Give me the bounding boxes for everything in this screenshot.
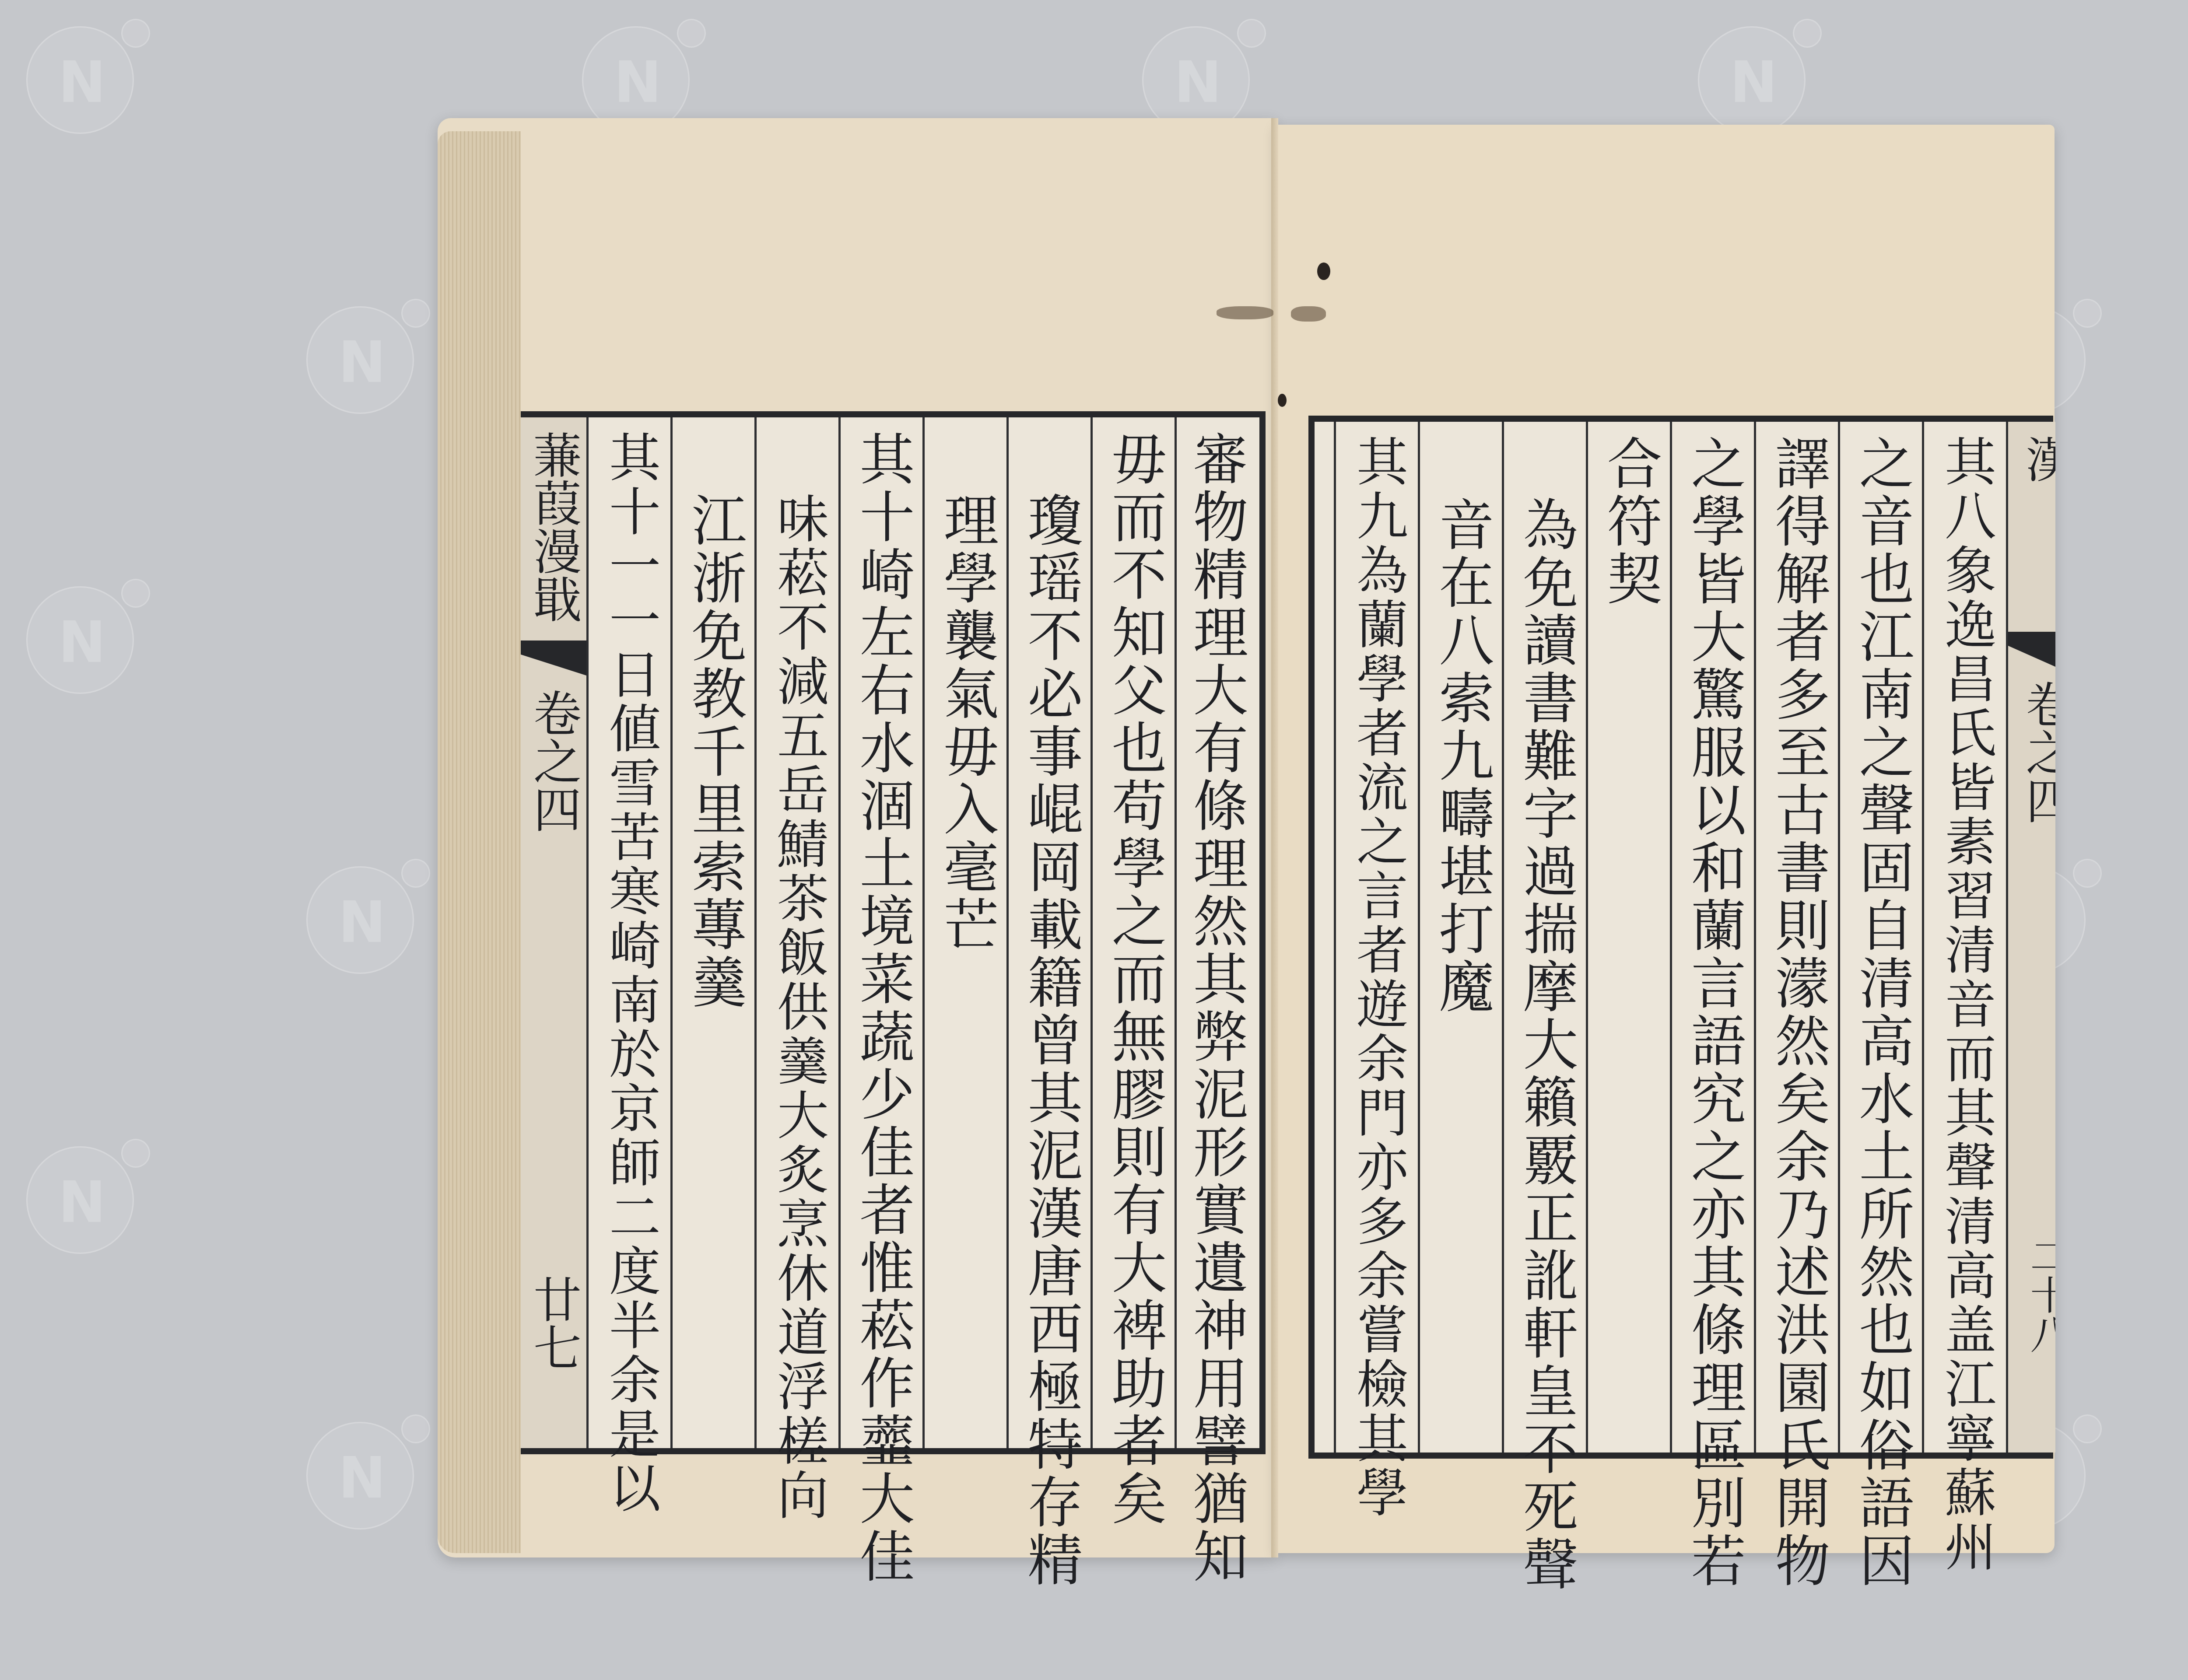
text-column: 江浙免教千里索蓴羹	[670, 417, 757, 1448]
column-text: 合符契	[1602, 435, 1658, 608]
column-text: 之音也江南之聲固自清高水土所然也如俗語因	[1855, 435, 1910, 1590]
volume-label: 卷之四	[529, 689, 578, 833]
column-text: 江浙免教千里索蓴羹	[687, 492, 742, 1011]
page-number: 二十八	[2026, 1235, 2055, 1354]
watermark-n-icon: N	[338, 894, 386, 951]
page-stack-edge	[438, 131, 521, 1553]
book-title: 漢	[2022, 435, 2055, 483]
watermark-n-icon: N	[1730, 54, 1778, 111]
column-text: 其八象𨓜昌氏皆素習清音而其聲清高盖江寧蘇州	[1940, 435, 1992, 1574]
text-column: 為免讀書難字過揣摩大籟覈正訛軒皇不死聲	[1502, 422, 1588, 1452]
paper-stain	[1217, 306, 1273, 319]
text-column: 其九為蘭學者流之言者遊余門亦多余嘗檢其學	[1334, 422, 1420, 1452]
watermark-n-icon: N	[58, 54, 106, 111]
text-column: 味菘不減五岳鯖茶飯供羹大炙烹休道浮槎向	[754, 417, 841, 1448]
watermark-n-icon: N	[58, 614, 106, 671]
column-text: 譯得解者多至古書則濛然矣余乃述洪園氏開物	[1771, 435, 1826, 1590]
watermark-logo: N	[306, 866, 414, 974]
binding-hole	[1278, 394, 1287, 407]
column-text: 理學襲氣毋入毫芒	[939, 492, 994, 954]
watermark-logo: N	[26, 26, 134, 134]
watermark-logo: N	[26, 1146, 134, 1254]
binding-hole	[1317, 262, 1330, 280]
column-text: 味菘不減五岳鯖茶飯供羹大炙烹休道浮槎向	[773, 492, 824, 1522]
watermark-n-icon: N	[58, 1174, 106, 1231]
left-hanshin-margin: 蒹葭漫戢 卷之四 廿七	[521, 417, 586, 1448]
column-text: 審物精理大有條理然其弊泥形實遺神用譬猶知	[1189, 430, 1244, 1585]
text-column: 譯得解者多至古書則濛然矣余乃述洪園氏開物	[1754, 422, 1840, 1452]
watermark-n-icon: N	[1174, 54, 1222, 111]
text-column: 其八象𨓜昌氏皆素習清音而其聲清高盖江寧蘇州	[1922, 422, 2008, 1452]
right-text-frame: 漢 卷之四 二十八 其八象𨓜昌氏皆素習清音而其聲清高盖江寧蘇州 之音也江南之聲固…	[1308, 416, 2053, 1459]
watermark-logo: N	[1698, 26, 1806, 134]
column-text: 音在八索九疇堪打魔	[1434, 496, 1490, 1016]
right-hanshin-margin: 漢 卷之四 二十八	[2006, 422, 2055, 1452]
watermark-n-icon: N	[338, 334, 386, 391]
column-text: 毋而不知父也苟學之而無膠則有大裨助者矣	[1107, 430, 1162, 1528]
paper-stain	[1291, 306, 1326, 322]
text-column: 其十崎左右水涸土境菜蔬少佳者惟菘作虀大佳	[838, 417, 925, 1448]
text-column: 合符契	[1586, 422, 1672, 1452]
text-column: 之音也江南之聲固自清高水土所然也如俗語因	[1838, 422, 1924, 1452]
text-column: 音在八索九疇堪打魔	[1418, 422, 1504, 1452]
fishtail-mark-icon	[521, 640, 586, 675]
watermark-logo: N	[306, 306, 414, 414]
page-number: 廿七	[529, 1275, 578, 1371]
text-column: 審物精理大有條理然其弊泥形實遺神用譬猶知	[1175, 417, 1255, 1448]
watermark-n-icon: N	[338, 1449, 386, 1506]
watermark-logo: N	[306, 1422, 414, 1529]
column-text: 為免讀書難字過揣摩大籟覈正訛軒皇不死聲	[1518, 496, 1574, 1593]
book-title: 蒹葭漫戢	[529, 430, 578, 623]
text-column: 之學皆大驚服以和蘭言語究之亦其條理區別若	[1670, 422, 1756, 1452]
text-column: 瓊瑶不必事崐岡載籍曾其泥漢唐西極特存精	[1006, 417, 1093, 1448]
column-text: 之學皆大驚服以和蘭言語究之亦其條理區別若	[1687, 435, 1742, 1590]
column-text: 其十一一日値雪苦寒崎南於京師二度半余是以	[605, 430, 656, 1515]
text-column: 理學襲氣毋入毫芒	[922, 417, 1009, 1448]
left-text-frame: 蒹葭漫戢 卷之四 廿七 審物精理大有條理然其弊泥形實遺神用譬猶知 毋而不知父也苟…	[521, 411, 1266, 1454]
column-text: 其九為蘭學者流之言者遊余門亦多余嘗檢其學	[1352, 435, 1404, 1520]
text-column: 其十一一日値雪苦寒崎南於京師二度半余是以	[586, 417, 673, 1448]
binding-gutter	[1271, 118, 1278, 1557]
volume-label: 卷之四	[2022, 680, 2055, 824]
column-text: 其十崎左右水涸土境菜蔬少佳者惟菘作虀大佳	[855, 430, 910, 1585]
watermark-logo: N	[26, 586, 134, 694]
watermark-n-icon: N	[614, 54, 662, 111]
column-text: 瓊瑶不必事崐岡載籍曾其泥漢唐西極特存精	[1023, 492, 1078, 1589]
fishtail-mark-icon	[2008, 632, 2055, 667]
text-column: 毋而不知父也苟學之而無膠則有大裨助者矣	[1090, 417, 1177, 1448]
